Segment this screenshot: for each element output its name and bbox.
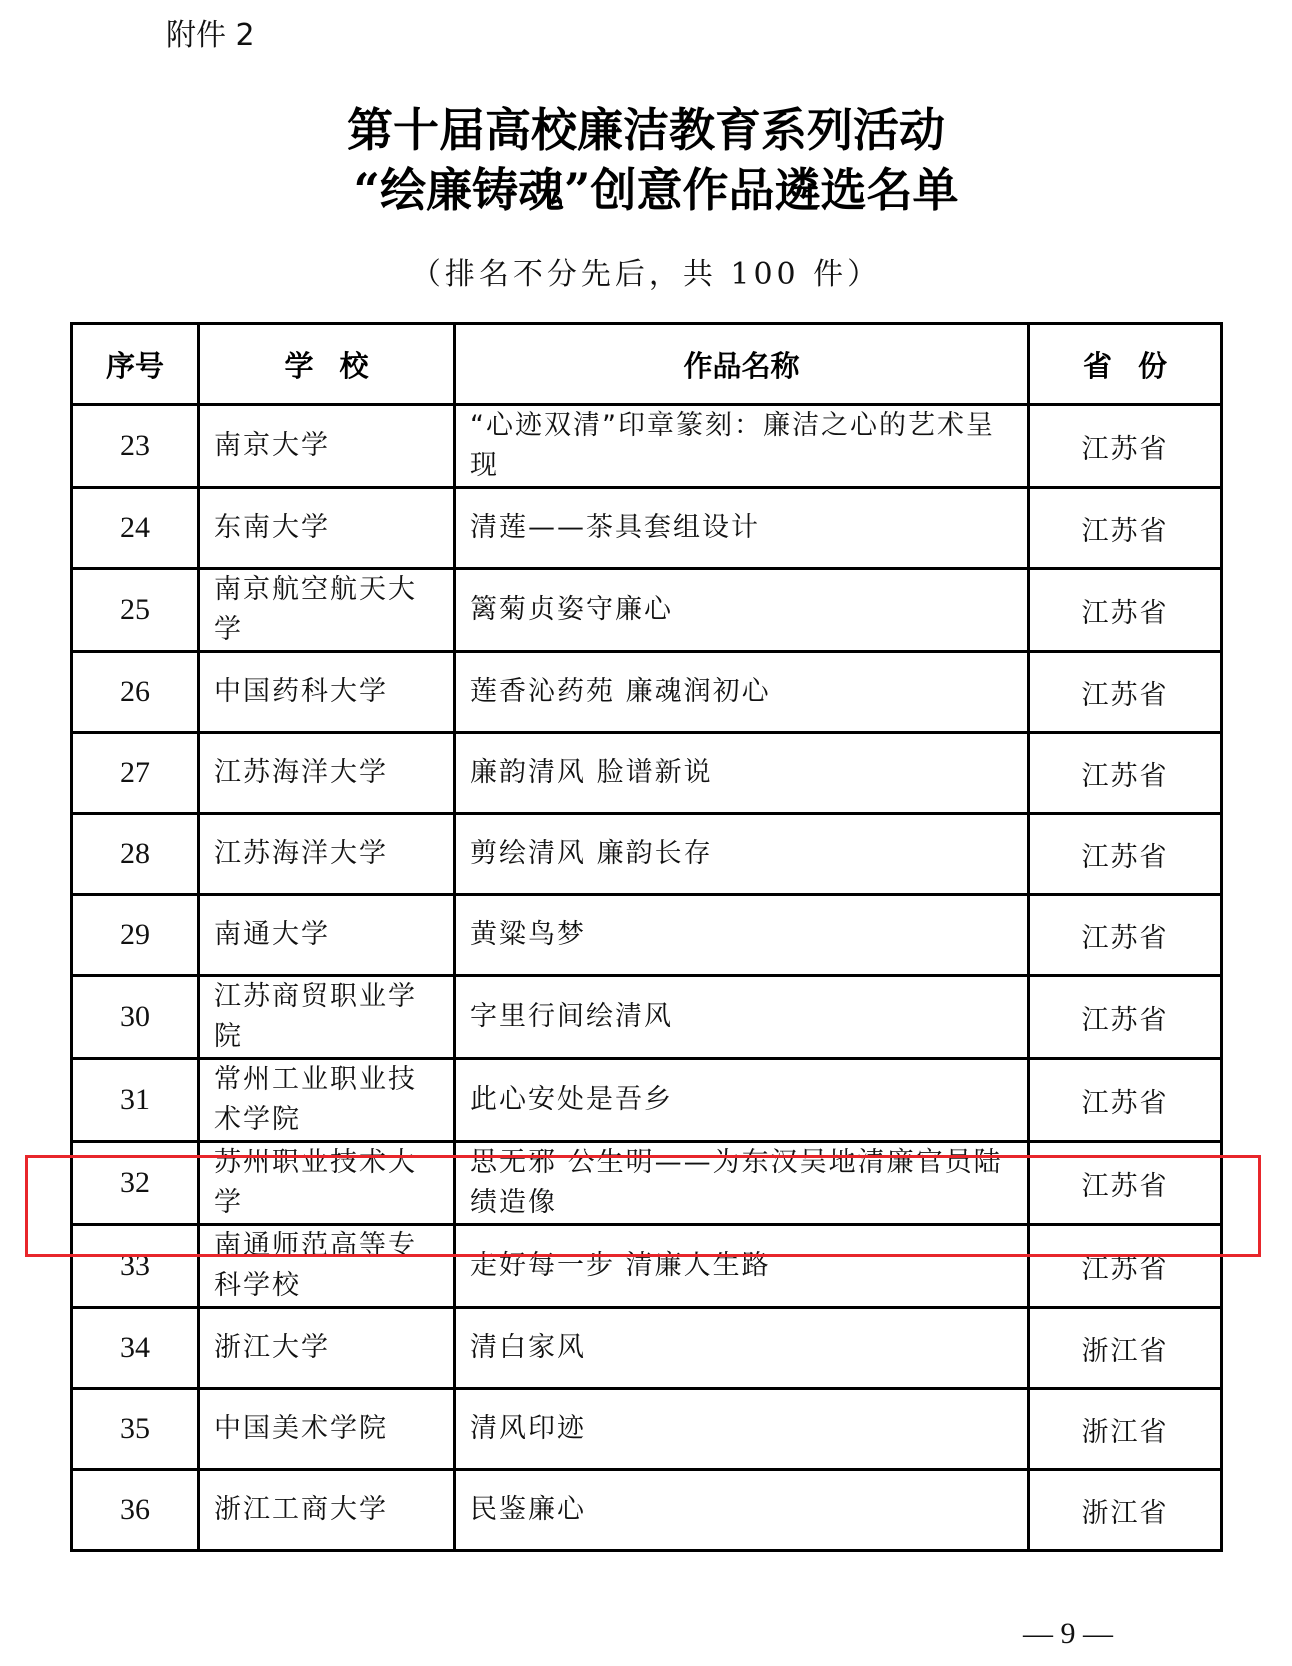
cell-province: 江苏省	[1029, 569, 1222, 652]
cell-school: 中国药科大学	[199, 652, 455, 733]
cell-school: 南通师范高等专科学校	[199, 1225, 455, 1308]
table-row-highlighted: 32 苏州职业技术大学 思无邪 公生明——为东汉吴地清廉官员陆绩造像 江苏省	[72, 1142, 1222, 1225]
table-header-row: 序号 学校 作品名称 省份	[72, 324, 1222, 405]
table-row: 25 南京航空航天大学 篱菊贞姿守廉心 江苏省	[72, 569, 1222, 652]
cell-province: 浙江省	[1029, 1470, 1222, 1551]
page-number: — 9 —	[1000, 1614, 1136, 1654]
cell-no: 32	[72, 1142, 199, 1225]
cell-no: 29	[72, 895, 199, 976]
cell-school: 江苏商贸职业学院	[199, 976, 455, 1059]
table-row: 27 江苏海洋大学 廉韵清风 脸谱新说 江苏省	[72, 733, 1222, 814]
header-school: 学校	[199, 324, 455, 405]
cell-work: 清白家风	[455, 1308, 1029, 1389]
cell-school: 江苏海洋大学	[199, 733, 455, 814]
cell-work: 篱菊贞姿守廉心	[455, 569, 1029, 652]
cell-school: 东南大学	[199, 488, 455, 569]
cell-no: 36	[72, 1470, 199, 1551]
table-row: 35 中国美术学院 清风印迹 浙江省	[72, 1389, 1222, 1470]
cell-work: 思无邪 公生明——为东汉吴地清廉官员陆绩造像	[455, 1142, 1029, 1225]
cell-school: 浙江工商大学	[199, 1470, 455, 1551]
header-no: 序号	[72, 324, 199, 405]
cell-work: 走好每一步 清廉人生路	[455, 1225, 1029, 1308]
cell-province: 江苏省	[1029, 814, 1222, 895]
table-row: 29 南通大学 黄粱鸟梦 江苏省	[72, 895, 1222, 976]
cell-province: 江苏省	[1029, 405, 1222, 488]
table-row: 34 浙江大学 清白家风 浙江省	[72, 1308, 1222, 1389]
table-row: 33 南通师范高等专科学校 走好每一步 清廉人生路 江苏省	[72, 1225, 1222, 1308]
table-row: 24 东南大学 清莲——茶具套组设计 江苏省	[72, 488, 1222, 569]
document-title: 第十届高校廉洁教育系列活动 “绘廉铸魂”创意作品遴选名单	[0, 100, 1292, 220]
cell-no: 34	[72, 1308, 199, 1389]
cell-work: 莲香沁药苑 廉魂润初心	[455, 652, 1029, 733]
selection-list-table: 序号 学校 作品名称 省份 23 南京大学 “心迹双清”印章篆刻：廉洁之心的艺术…	[70, 322, 1223, 1552]
cell-no: 30	[72, 976, 199, 1059]
cell-work: 字里行间绘清风	[455, 976, 1029, 1059]
cell-province: 浙江省	[1029, 1389, 1222, 1470]
cell-school: 南京大学	[199, 405, 455, 488]
cell-work: “心迹双清”印章篆刻：廉洁之心的艺术呈现	[455, 405, 1029, 488]
cell-school: 常州工业职业技术学院	[199, 1059, 455, 1142]
title-line-2: “绘廉铸魂”创意作品遴选名单	[0, 160, 1292, 220]
cell-no: 31	[72, 1059, 199, 1142]
cell-no: 26	[72, 652, 199, 733]
table-row: 31 常州工业职业技术学院 此心安处是吾乡 江苏省	[72, 1059, 1222, 1142]
cell-no: 25	[72, 569, 199, 652]
cell-work: 剪绘清风 廉韵长存	[455, 814, 1029, 895]
cell-no: 27	[72, 733, 199, 814]
cell-work: 此心安处是吾乡	[455, 1059, 1029, 1142]
cell-school: 中国美术学院	[199, 1389, 455, 1470]
document-subtitle: （排名不分先后，共 100 件）	[0, 255, 1292, 295]
cell-province: 江苏省	[1029, 652, 1222, 733]
table-row: 28 江苏海洋大学 剪绘清风 廉韵长存 江苏省	[72, 814, 1222, 895]
cell-school: 苏州职业技术大学	[199, 1142, 455, 1225]
title-line-1: 第十届高校廉洁教育系列活动	[0, 100, 1292, 160]
header-province: 省份	[1029, 324, 1222, 405]
cell-province: 江苏省	[1029, 895, 1222, 976]
cell-no: 24	[72, 488, 199, 569]
cell-no: 28	[72, 814, 199, 895]
cell-school: 南京航空航天大学	[199, 569, 455, 652]
cell-no: 23	[72, 405, 199, 488]
cell-work: 黄粱鸟梦	[455, 895, 1029, 976]
cell-no: 35	[72, 1389, 199, 1470]
table-row: 23 南京大学 “心迹双清”印章篆刻：廉洁之心的艺术呈现 江苏省	[72, 405, 1222, 488]
cell-province: 江苏省	[1029, 733, 1222, 814]
cell-work: 清风印迹	[455, 1389, 1029, 1470]
table-row: 36 浙江工商大学 民鉴廉心 浙江省	[72, 1470, 1222, 1551]
cell-province: 江苏省	[1029, 1059, 1222, 1142]
cell-school: 南通大学	[199, 895, 455, 976]
cell-work: 清莲——茶具套组设计	[455, 488, 1029, 569]
cell-school: 江苏海洋大学	[199, 814, 455, 895]
cell-province: 江苏省	[1029, 1142, 1222, 1225]
cell-school: 浙江大学	[199, 1308, 455, 1389]
cell-province: 江苏省	[1029, 976, 1222, 1059]
header-work: 作品名称	[455, 324, 1029, 405]
table-row: 30 江苏商贸职业学院 字里行间绘清风 江苏省	[72, 976, 1222, 1059]
table-row: 26 中国药科大学 莲香沁药苑 廉魂润初心 江苏省	[72, 652, 1222, 733]
cell-work: 廉韵清风 脸谱新说	[455, 733, 1029, 814]
attachment-label: 附件 2	[166, 16, 255, 56]
cell-no: 33	[72, 1225, 199, 1308]
cell-province: 浙江省	[1029, 1308, 1222, 1389]
cell-province: 江苏省	[1029, 1225, 1222, 1308]
cell-work: 民鉴廉心	[455, 1470, 1029, 1551]
cell-province: 江苏省	[1029, 488, 1222, 569]
